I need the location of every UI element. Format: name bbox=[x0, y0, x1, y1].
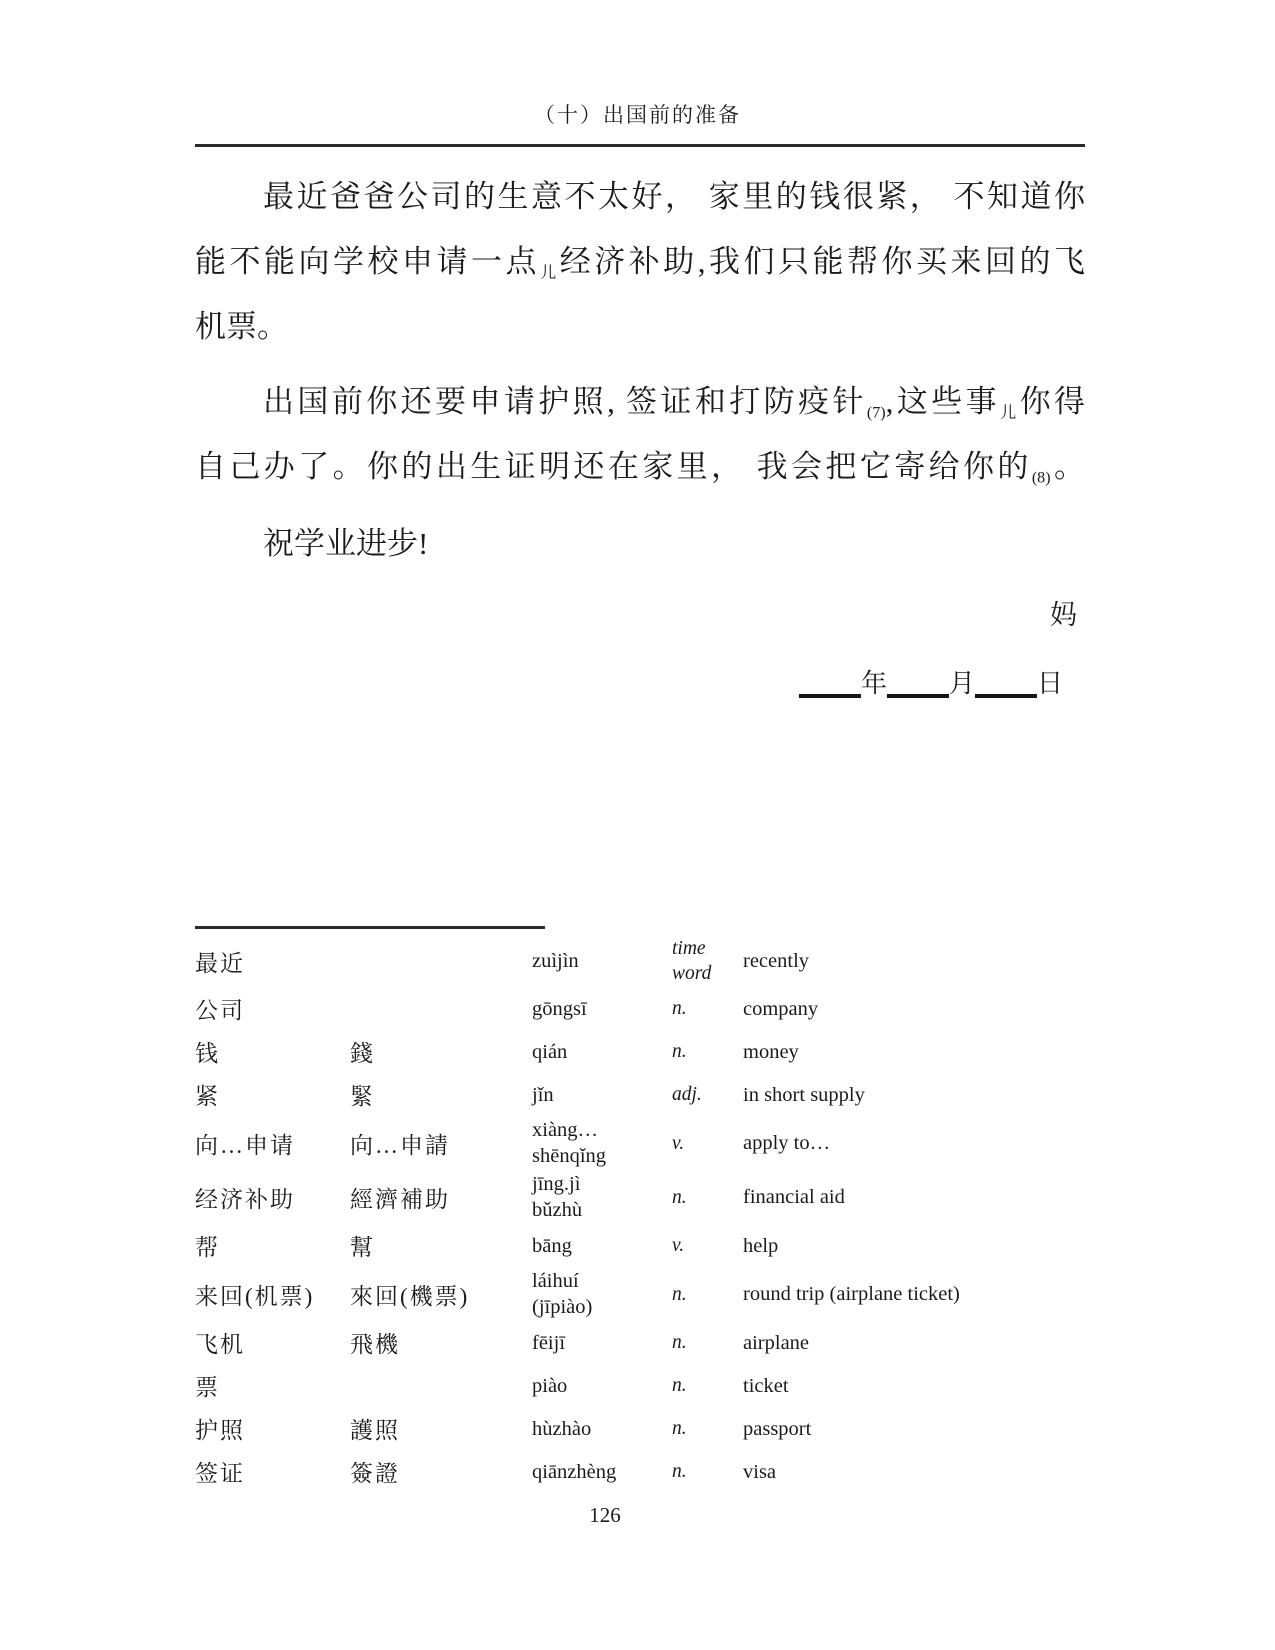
vocab-english: in short supply bbox=[743, 1082, 1080, 1108]
vocab-pinyin: zuìjìn bbox=[532, 948, 672, 974]
vocab-row: 来回(机票) 來回(機票) láihuí (jīpiào) n. round t… bbox=[195, 1267, 1080, 1321]
vocab-pinyin: hùzhào bbox=[532, 1416, 672, 1442]
vocab-pos: n. bbox=[672, 1416, 743, 1441]
vocab-row: 经济补助 經濟補助 jīng.jì bǔzhù n. financial aid bbox=[195, 1170, 1080, 1224]
erhua-subscript: 儿 bbox=[1000, 405, 1020, 422]
letter-line: 自己办了。你的出生证明还在家里， 我会把它寄给你的(8)。 bbox=[195, 434, 1085, 499]
date-blank-year bbox=[799, 694, 861, 698]
date-blank-day bbox=[975, 694, 1037, 698]
vocab-simplified: 公司 bbox=[195, 992, 350, 1025]
letter-body: 最近爸爸公司的生意不太好， 家里的钱很紧， 不知道你 能不能向学校申请一点儿经济… bbox=[195, 164, 1085, 576]
lesson-title: （十）出国前的准备 bbox=[0, 102, 1275, 128]
vocab-pos: n. bbox=[672, 1185, 743, 1210]
text-segment: 你得 bbox=[1020, 384, 1085, 419]
vocab-english: apply to… bbox=[743, 1130, 1080, 1156]
vocab-pos: adj. bbox=[672, 1082, 743, 1107]
letter-line: 最近爸爸公司的生意不太好， 家里的钱很紧， 不知道你 bbox=[195, 164, 1085, 229]
vocab-english: help bbox=[743, 1233, 1080, 1259]
header-rule bbox=[195, 144, 1085, 147]
footnote-ref-7: (7) bbox=[867, 405, 886, 422]
letter-paragraph-3: 祝学业进步! bbox=[195, 511, 1085, 576]
vocab-pinyin: fēijī bbox=[532, 1330, 672, 1356]
day-label: 日 bbox=[1037, 669, 1063, 698]
vocab-traditional: 緊 bbox=[350, 1078, 532, 1111]
letter-line: 能不能向学校申请一点儿经济补助,我们只能帮你买来回的飞 bbox=[195, 229, 1085, 294]
vocab-pinyin: láihuí (jīpiào) bbox=[532, 1268, 672, 1320]
vocab-traditional: 來回(機票) bbox=[350, 1278, 532, 1311]
vocab-pos: v. bbox=[672, 1131, 743, 1156]
page-number: 126 bbox=[0, 1503, 1210, 1528]
vocab-simplified: 签证 bbox=[195, 1455, 350, 1488]
vocab-english: financial aid bbox=[743, 1184, 1080, 1210]
vocab-pinyin: qián bbox=[532, 1039, 672, 1065]
vocab-pinyin: jīng.jì bǔzhù bbox=[532, 1171, 672, 1223]
month-label: 月 bbox=[949, 669, 975, 698]
vocab-pinyin: xiàng… shēnqǐng bbox=[532, 1117, 672, 1169]
vocab-table-rule bbox=[195, 926, 545, 929]
vocab-english: ticket bbox=[743, 1373, 1080, 1399]
text-segment: ,这些事 bbox=[886, 384, 1000, 419]
vocab-simplified: 钱 bbox=[195, 1035, 350, 1068]
footnote-ref-8: (8) bbox=[1032, 470, 1051, 487]
vocab-english: money bbox=[743, 1039, 1080, 1065]
vocab-pinyin: piào bbox=[532, 1373, 672, 1399]
year-label: 年 bbox=[861, 669, 887, 698]
text-segment: 。 bbox=[1051, 449, 1085, 484]
letter-line: 机票。 bbox=[195, 294, 1085, 359]
vocab-pinyin: jǐn bbox=[532, 1082, 672, 1108]
vocab-row: 护照 護照 hùzhào n. passport bbox=[195, 1407, 1080, 1450]
vocab-pinyin: qiānzhèng bbox=[532, 1459, 672, 1485]
vocab-english: airplane bbox=[743, 1330, 1080, 1356]
text-segment: 能不能向学校申请一点 bbox=[195, 244, 540, 279]
letter-paragraph-2: 出国前你还要申请护照, 签证和打防疫针(7),这些事儿你得 自己办了。你的出生证… bbox=[195, 369, 1085, 499]
vocab-row: 公司 gōngsī n. company bbox=[195, 987, 1080, 1030]
vocab-row: 飞机 飛機 fēijī n. airplane bbox=[195, 1321, 1080, 1364]
vocab-simplified: 帮 bbox=[195, 1229, 350, 1262]
text-segment: 祝学业进步! bbox=[263, 526, 428, 561]
vocab-simplified: 飞机 bbox=[195, 1326, 350, 1359]
vocab-traditional: 簽證 bbox=[350, 1455, 532, 1488]
vocab-row: 向…申请 向…申請 xiàng… shēnqǐng v. apply to… bbox=[195, 1116, 1080, 1170]
text-segment: 自己办了。你的出生证明还在家里， 我会把它寄给你的 bbox=[195, 449, 1032, 484]
vocab-pos: n. bbox=[672, 1459, 743, 1484]
vocab-simplified: 来回(机票) bbox=[195, 1278, 350, 1311]
textbook-page: （十）出国前的准备 最近爸爸公司的生意不太好， 家里的钱很紧， 不知道你 能不能… bbox=[0, 0, 1275, 1650]
vocab-row: 帮 幫 bāng v. help bbox=[195, 1224, 1080, 1267]
vocab-pos: n. bbox=[672, 996, 743, 1021]
text-segment: 最近爸爸公司的生意不太好， 家里的钱很紧， 不知道你 bbox=[263, 179, 1085, 214]
vocab-simplified: 紧 bbox=[195, 1078, 350, 1111]
vocab-row: 钱 錢 qián n. money bbox=[195, 1030, 1080, 1073]
vocab-simplified: 经济补助 bbox=[195, 1181, 350, 1214]
vocab-pos: time word bbox=[672, 936, 743, 986]
vocab-traditional: 幫 bbox=[350, 1229, 532, 1262]
vocab-pos: n. bbox=[672, 1373, 743, 1398]
vocab-simplified: 票 bbox=[195, 1369, 350, 1402]
erhua-subscript: 儿 bbox=[540, 265, 560, 282]
vocab-english: round trip (airplane ticket) bbox=[743, 1281, 1080, 1307]
vocab-traditional: 向…申請 bbox=[350, 1127, 532, 1160]
vocab-simplified: 向…申请 bbox=[195, 1127, 350, 1160]
date-blank-month bbox=[887, 694, 949, 698]
vocab-traditional: 護照 bbox=[350, 1412, 532, 1445]
signature-name: 妈 bbox=[195, 583, 1085, 648]
vocab-row: 票 piào n. ticket bbox=[195, 1364, 1080, 1407]
vocab-pos: n. bbox=[672, 1039, 743, 1064]
vocab-simplified: 最近 bbox=[195, 945, 350, 978]
vocab-traditional: 錢 bbox=[350, 1035, 532, 1068]
letter-line: 出国前你还要申请护照, 签证和打防疫针(7),这些事儿你得 bbox=[195, 369, 1085, 434]
vocab-english: recently bbox=[743, 948, 1080, 974]
vocab-english: passport bbox=[743, 1416, 1080, 1442]
text-segment: 机票。 bbox=[195, 309, 288, 344]
vocab-pos: n. bbox=[672, 1282, 743, 1307]
vocab-traditional: 飛機 bbox=[350, 1326, 532, 1359]
vocab-pinyin: gōngsī bbox=[532, 996, 672, 1022]
vocab-pinyin: bāng bbox=[532, 1233, 672, 1259]
date-line: 年月日 bbox=[195, 651, 1085, 716]
vocab-row: 紧 緊 jǐn adj. in short supply bbox=[195, 1073, 1080, 1116]
vocab-english: company bbox=[743, 996, 1080, 1022]
vocab-traditional: 經濟補助 bbox=[350, 1181, 532, 1214]
vocab-row: 签证 簽證 qiānzhèng n. visa bbox=[195, 1450, 1080, 1493]
text-segment: 出国前你还要申请护照, 签证和打防疫针 bbox=[263, 384, 867, 419]
vocab-pos: n. bbox=[672, 1330, 743, 1355]
vocab-table: 最近 zuìjìn time word recently 公司 gōngsī n… bbox=[195, 926, 1080, 1493]
text-segment: 经济补助,我们只能帮你买来回的飞 bbox=[560, 244, 1085, 279]
vocab-row: 最近 zuìjìn time word recently bbox=[195, 935, 1080, 987]
vocab-simplified: 护照 bbox=[195, 1412, 350, 1445]
letter-line: 祝学业进步! bbox=[195, 511, 1085, 576]
vocab-pos: v. bbox=[672, 1233, 743, 1258]
vocab-english: visa bbox=[743, 1459, 1080, 1485]
letter-paragraph-1: 最近爸爸公司的生意不太好， 家里的钱很紧， 不知道你 能不能向学校申请一点儿经济… bbox=[195, 164, 1085, 359]
